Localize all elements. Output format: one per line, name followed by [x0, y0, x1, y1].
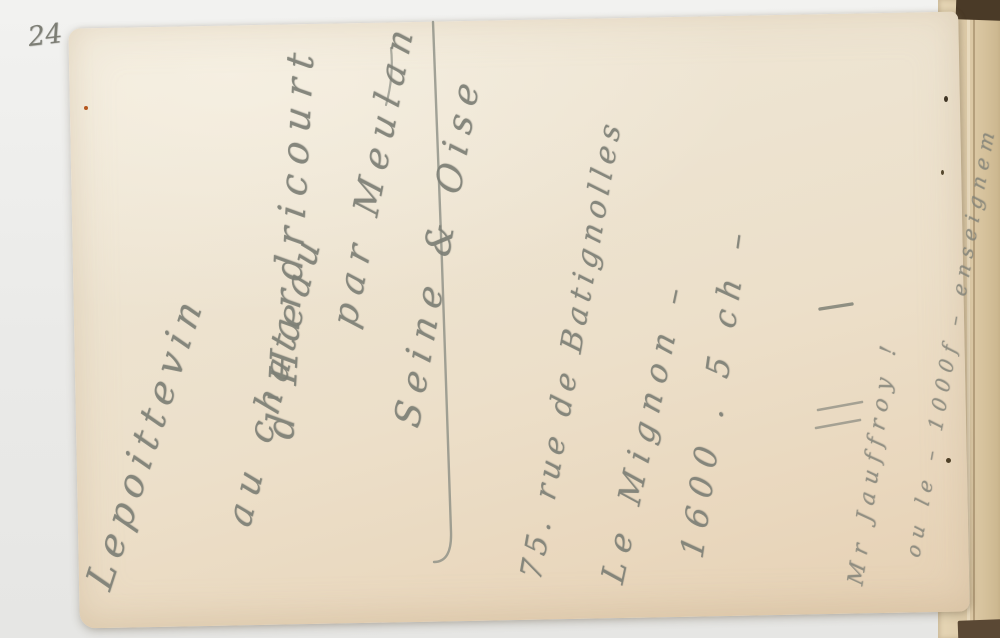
page-number: 24: [26, 18, 64, 53]
paper-speck: [84, 106, 88, 110]
page-edge-crease: [973, 0, 975, 638]
notebook-cover-corner-top: [956, 0, 1000, 21]
paper-speck: [946, 458, 951, 463]
paper-speck: [944, 96, 948, 102]
scanned-notebook-photo: 24 Lepoittevin au chateau d'Hardricourt …: [0, 0, 1000, 638]
notebook-cover-corner-bottom: [958, 619, 1000, 638]
paper-speck: [941, 170, 944, 175]
